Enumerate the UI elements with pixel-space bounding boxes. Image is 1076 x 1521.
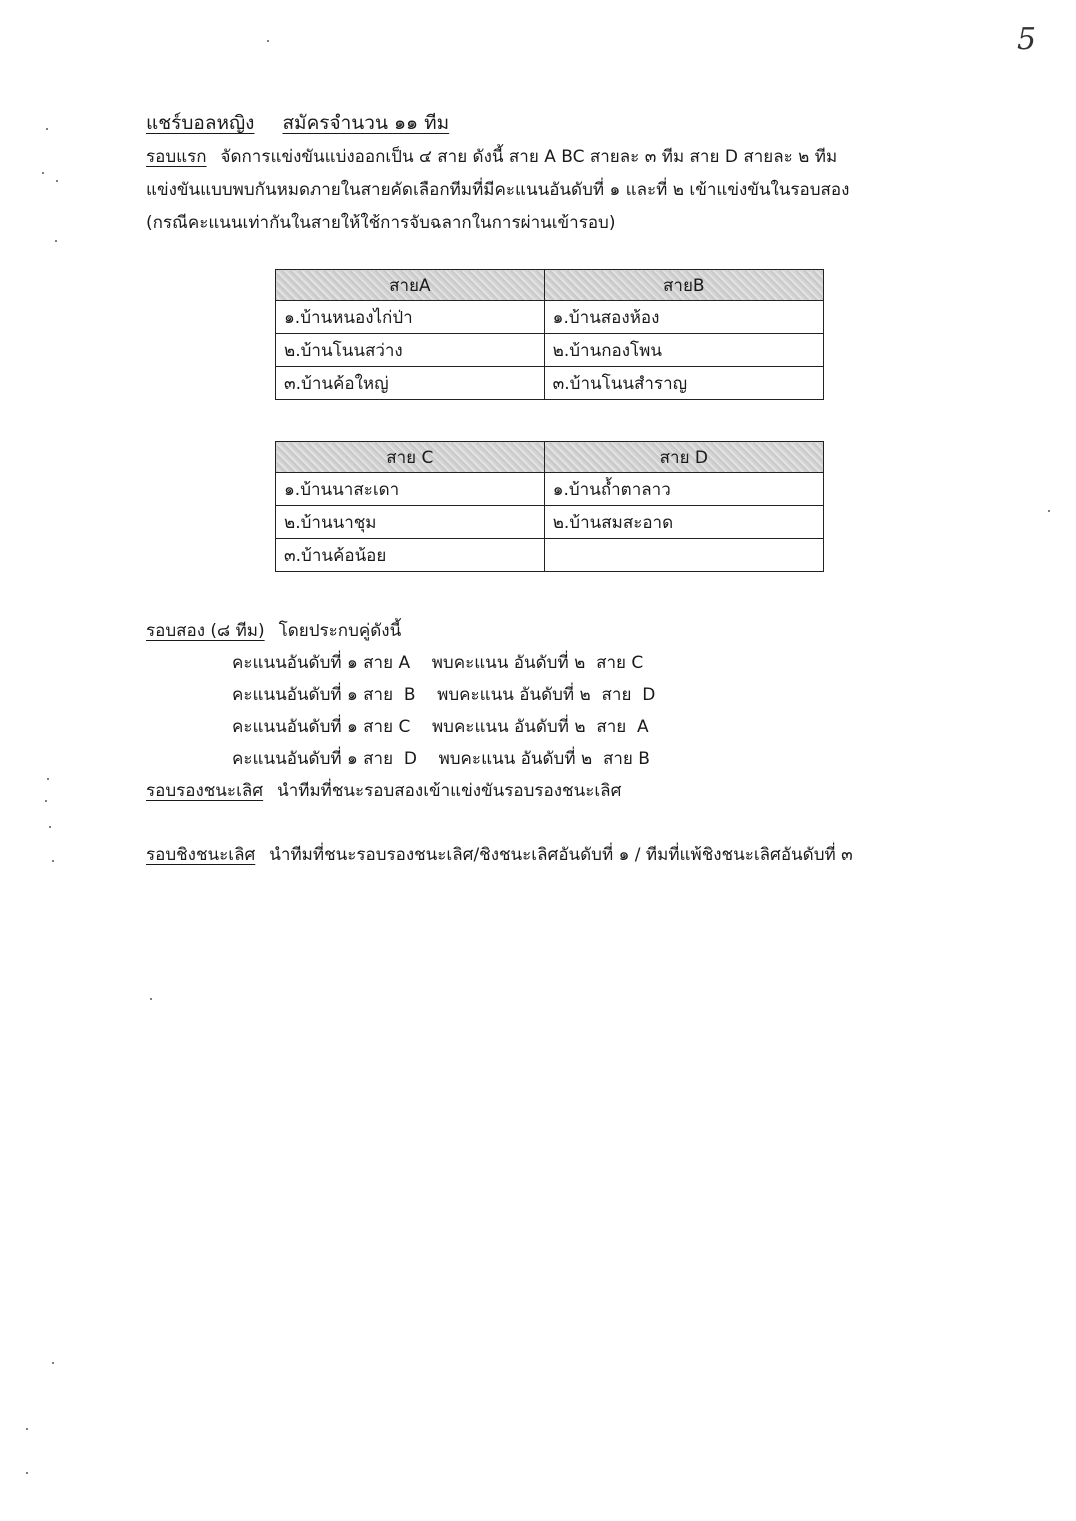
table-cell: ๑.บ้านหนองไก่ป่า <box>276 301 545 334</box>
page-number: 5 <box>1017 22 1036 57</box>
round1-line1: รอบแรกจัดการแข่งขันแบ่งออกเป็น ๔ สาย ดัง… <box>146 144 837 170</box>
table-cell: ๒.บ้านนาชุม <box>276 506 545 539</box>
table-cell: ๓.บ้านค้อใหญ่ <box>276 367 545 400</box>
semifinal-text: นำทีมที่ชนะรอบสองเข้าแข่งขันรอบรองชนะเลิ… <box>277 781 621 801</box>
header-group-b: สายB <box>544 270 823 301</box>
table-header-row: สาย C สาย D <box>276 442 824 473</box>
table-cell: ๒.บ้านสมสะอาด <box>544 506 823 539</box>
table-row: ๓.บ้านค้อน้อย <box>276 539 824 572</box>
matchup-3: คะแนนอันดับที่ ๑ สาย C พบคะแนน อันดับที่… <box>232 714 649 740</box>
round1-line3: (กรณีคะแนนเท่ากันในสายให้ใช้การจับฉลากใน… <box>146 210 615 236</box>
scan-speck <box>45 800 47 802</box>
header-group-d: สาย D <box>544 442 823 473</box>
matchup-2: คะแนนอันดับที่ ๑ สาย B พบคะแนน อันดับที่… <box>232 682 655 708</box>
final-line: รอบชิงชนะเลิศนำทีมที่ชนะรอบรองชนะเลิศ/ชิ… <box>146 842 853 868</box>
table-header-row: สายA สายB <box>276 270 824 301</box>
header-group-a: สายA <box>276 270 545 301</box>
scan-speck <box>42 172 44 174</box>
table-cell: ๑.บ้านสองห้อง <box>544 301 823 334</box>
scan-speck <box>26 1428 28 1430</box>
final-text: นำทีมที่ชนะรอบรองชนะเลิศ/ชิงชนะเลิศอันดั… <box>269 845 852 865</box>
table-row: ๒.บ้านนาชุม ๒.บ้านสมสะอาด <box>276 506 824 539</box>
table-cell: ๓.บ้านค้อน้อย <box>276 539 545 572</box>
groups-table-cd: สาย C สาย D ๑.บ้านนาสะเดา ๑.บ้านถ้ำตาลาว… <box>275 441 824 572</box>
round2-intro: โดยประกบคู่ดังนี้ <box>279 621 402 641</box>
table-cell <box>544 539 823 572</box>
scan-speck <box>49 826 51 828</box>
table-row: ๑.บ้านนาสะเดา ๑.บ้านถ้ำตาลาว <box>276 473 824 506</box>
scan-speck <box>1048 510 1050 512</box>
semifinal-label: รอบรองชนะเลิศ <box>146 781 263 801</box>
table-cell: ๑.บ้านนาสะเดา <box>276 473 545 506</box>
scan-speck <box>55 240 57 242</box>
scan-speck <box>267 40 269 42</box>
scan-speck <box>56 180 58 182</box>
scan-speck <box>52 1362 54 1364</box>
scan-speck <box>47 778 49 780</box>
scan-speck <box>46 128 48 130</box>
table-row: ๑.บ้านหนองไก่ป่า ๑.บ้านสองห้อง <box>276 301 824 334</box>
final-label: รอบชิงชนะเลิศ <box>146 845 255 865</box>
sport-name: แชร์บอลหญิง <box>146 112 254 134</box>
round1-label: รอบแรก <box>146 147 207 167</box>
registration-count: สมัครจำนวน ๑๑ ทีม <box>282 112 449 134</box>
table-cell: ๓.บ้านโนนสำราญ <box>544 367 823 400</box>
table-cell: ๒.บ้านโนนสว่าง <box>276 334 545 367</box>
table-cell: ๒.บ้านกองโพน <box>544 334 823 367</box>
round2-heading: รอบสอง (๘ ทีม)โดยประกบคู่ดังนี้ <box>146 618 401 644</box>
round1-line2: แข่งขันแบบพบกันหมดภายในสายคัดเลือกทีมที่… <box>146 177 849 203</box>
round2-label: รอบสอง (๘ ทีม) <box>146 621 265 641</box>
document-title: แชร์บอลหญิงสมัครจำนวน ๑๑ ทีม <box>146 110 449 136</box>
table-row: ๒.บ้านโนนสว่าง ๒.บ้านกองโพน <box>276 334 824 367</box>
table-row: ๓.บ้านค้อใหญ่ ๓.บ้านโนนสำราญ <box>276 367 824 400</box>
matchup-1: คะแนนอันดับที่ ๑ สาย A พบคะแนน อันดับที่… <box>232 650 643 676</box>
table-cell: ๑.บ้านถ้ำตาลาว <box>544 473 823 506</box>
scan-speck <box>150 998 152 1000</box>
round1-description: จัดการแข่งขันแบ่งออกเป็น ๔ สาย ดังนี้ สา… <box>221 147 838 167</box>
semifinal-line: รอบรองชนะเลิศนำทีมที่ชนะรอบสองเข้าแข่งขั… <box>146 778 621 804</box>
scan-speck <box>26 1472 28 1474</box>
scan-speck <box>52 860 54 862</box>
header-group-c: สาย C <box>276 442 545 473</box>
groups-table-ab: สายA สายB ๑.บ้านหนองไก่ป่า ๑.บ้านสองห้อง… <box>275 269 824 400</box>
matchup-4: คะแนนอันดับที่ ๑ สาย D พบคะแนน อันดับที่… <box>232 746 650 772</box>
